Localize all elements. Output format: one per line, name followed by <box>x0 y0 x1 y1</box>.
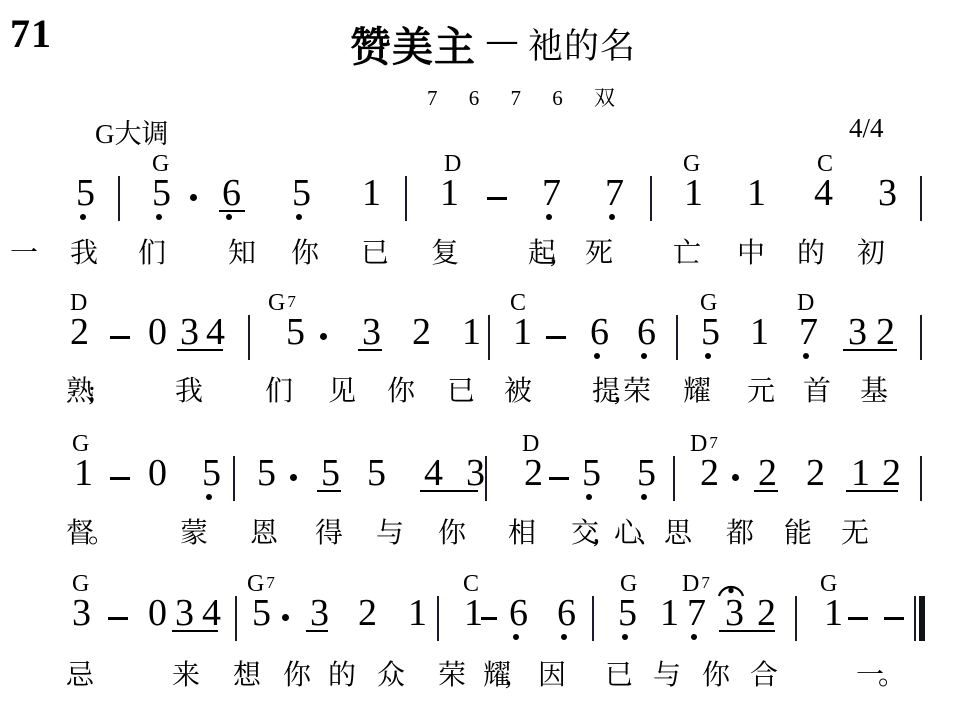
duration-dash <box>110 336 130 339</box>
note-digit: 5 <box>292 174 311 212</box>
lyric-syllable: 死 <box>585 240 613 268</box>
note-digit: 5 <box>76 174 95 212</box>
lyric-syllable: 已 <box>605 662 633 690</box>
note-digit: 0 <box>148 594 167 632</box>
note-digit: 5 <box>202 454 221 492</box>
duration-underline <box>754 490 778 492</box>
lyric-syllable: 恩 <box>250 520 278 548</box>
note-digit: 5 <box>582 454 601 492</box>
note-digit: 5 <box>637 454 656 492</box>
duration-underline <box>306 630 328 632</box>
note-digit: 2 <box>806 454 825 492</box>
octave-dot <box>622 634 628 640</box>
lyric-syllable: 熟; <box>66 378 90 406</box>
note-digit: 6 <box>637 313 656 351</box>
lyric-syllable: 蒙 <box>180 520 208 548</box>
lyric-syllable: 一 <box>10 240 38 268</box>
note-digit: 7 <box>605 174 624 212</box>
note-digit: 5 <box>252 594 271 632</box>
note-digit: 3 <box>72 594 91 632</box>
lyric-syllable: 被 <box>504 378 532 406</box>
barline <box>795 596 797 641</box>
time-signature: 4/4 <box>849 113 884 144</box>
octave-dot <box>609 214 615 220</box>
duration-dash <box>110 477 130 480</box>
note-digit: 3 <box>878 174 897 212</box>
barline <box>233 456 235 501</box>
lyric-syllable: 亡 <box>673 240 701 268</box>
barline <box>592 596 594 641</box>
chord-seventh: 7 <box>266 574 275 591</box>
note-digit: 4 <box>202 594 221 632</box>
note-digit: 6 <box>590 313 609 351</box>
augmentation-dot <box>320 333 327 340</box>
note-digit: 4 <box>206 313 225 351</box>
duration-underline <box>420 490 478 492</box>
octave-dot <box>513 634 519 640</box>
note-digit: 1 <box>750 313 769 351</box>
title-main: 赞美主 <box>350 14 476 73</box>
octave-dot <box>586 494 592 500</box>
augmentation-dot <box>290 474 297 481</box>
note-digit: 1 <box>440 174 459 212</box>
note-digit: 5 <box>286 313 305 351</box>
note-digit: 7 <box>542 174 561 212</box>
barline <box>488 315 490 360</box>
lyric-syllable: 相 <box>508 520 536 548</box>
duration-dash <box>487 197 507 200</box>
lyric-syllable: 想 <box>233 662 261 690</box>
note-digit: 5 <box>701 313 720 351</box>
note-digit: 7 <box>687 594 706 632</box>
note-digit: 1 <box>74 454 93 492</box>
chord-root: G <box>268 290 285 316</box>
note-digit: 5 <box>152 174 171 212</box>
note-digit: 4 <box>814 174 833 212</box>
augmentation-dot <box>190 194 197 201</box>
octave-dot <box>641 494 647 500</box>
note-digit: 2 <box>412 313 431 351</box>
octave-dot <box>156 214 162 220</box>
barline <box>920 315 922 360</box>
lyric-syllable: 督。 <box>66 520 110 548</box>
lyric-syllable: 基 <box>860 378 888 406</box>
lyric-syllable: 与 <box>653 662 681 690</box>
note-digit: 3 <box>725 594 744 632</box>
note-digit: 3 <box>180 313 199 351</box>
octave-dot <box>691 634 697 640</box>
octave-dot <box>296 214 302 220</box>
note-digit: 3 <box>848 313 867 351</box>
final-barline-thin <box>914 596 916 641</box>
duration-dash <box>546 336 566 339</box>
note-digit: 2 <box>70 313 89 351</box>
duration-underline <box>219 210 245 212</box>
octave-dot <box>546 214 552 220</box>
lyric-syllable: 起, <box>528 240 551 268</box>
lyric-syllable: 复 <box>431 240 459 268</box>
lyric-syllable: 都 <box>726 520 754 548</box>
note-digit: 5 <box>321 454 340 492</box>
lyric-syllable: 提, <box>592 378 615 406</box>
note-digit: 3 <box>310 594 329 632</box>
note-digit: 7 <box>799 313 818 351</box>
lyric-syllable: 交, <box>571 520 594 548</box>
lyric-syllable: 你 <box>283 662 311 690</box>
barline <box>673 456 675 501</box>
note-digit: 6 <box>557 594 576 632</box>
lyric-syllable: 的 <box>328 662 356 690</box>
octave-dot <box>594 353 600 359</box>
meter-pattern: 7 6 7 6 双 <box>427 82 628 112</box>
note-digit: 2 <box>700 454 719 492</box>
hymn-title: 赞美主 — 祂的名 <box>350 14 636 73</box>
lyric-syllable: 众 <box>377 662 405 690</box>
key-signature: G大调 <box>95 112 169 151</box>
note-digit: 2 <box>882 454 901 492</box>
chord-seventh: 7 <box>709 434 718 451</box>
lyric-syllable: 你 <box>438 520 466 548</box>
lyric-syllable: 耀, <box>483 662 506 690</box>
note-digit: 2 <box>757 594 776 632</box>
duration-dash <box>549 477 569 480</box>
chord-seventh: 7 <box>287 293 296 310</box>
lyric-syllable: 得 <box>315 520 343 548</box>
chord-seventh: 7 <box>701 574 710 591</box>
title-subtitle: 祂的名 <box>528 19 636 69</box>
lyric-syllable: 见 <box>328 378 356 406</box>
hymn-sheet-page: 71 赞美主 — 祂的名 7 6 7 6 双 G大调 4/4 GDGC55651… <box>0 0 957 723</box>
barline <box>485 456 487 501</box>
octave-dot <box>561 634 567 640</box>
note-digit: 2 <box>758 454 777 492</box>
lyric-syllable: 你 <box>702 662 730 690</box>
note-digit: 1 <box>408 594 427 632</box>
augmentation-dot <box>732 474 739 481</box>
lyric-syllable: 你 <box>291 240 319 268</box>
duration-underline <box>843 349 897 351</box>
barline <box>405 176 407 221</box>
note-digit: 5 <box>367 454 386 492</box>
lyric-syllable: 的 <box>797 240 825 268</box>
note-digit: 3 <box>362 313 381 351</box>
duration-underline <box>358 349 382 351</box>
lyric-syllable: 已 <box>361 240 389 268</box>
duration-underline <box>719 630 775 632</box>
octave-dot <box>705 353 711 359</box>
title-dash: — <box>487 24 517 58</box>
lyric-syllable: 合 <box>750 662 778 690</box>
note-digit: 3 <box>466 454 485 492</box>
lyric-syllable: 忌 <box>66 662 94 690</box>
note-digit: 0 <box>148 313 167 351</box>
note-digit: 1 <box>462 313 481 351</box>
note-digit: 6 <box>222 174 241 212</box>
lyric-syllable: 中 <box>737 240 765 268</box>
lyric-syllable: 们 <box>265 378 293 406</box>
note-digit: 6 <box>509 594 528 632</box>
lyric-syllable: 无 <box>841 520 869 548</box>
lyric-syllable: 耀 <box>683 378 711 406</box>
barline <box>920 456 922 501</box>
octave-dot <box>206 494 212 500</box>
note-digit: 2 <box>876 313 895 351</box>
barline <box>676 315 678 360</box>
duration-dash <box>884 617 904 620</box>
octave-dot <box>226 214 232 220</box>
note-digit: 1 <box>513 313 532 351</box>
note-digit: 3 <box>175 594 194 632</box>
note-digit: 1 <box>464 594 483 632</box>
note-digit: 2 <box>524 454 543 492</box>
duration-dash <box>848 617 868 620</box>
lyric-syllable: 与 <box>376 520 404 548</box>
hymn-number: 71 <box>10 10 52 57</box>
lyric-syllable: 荣 <box>623 378 651 406</box>
barline <box>118 176 120 221</box>
lyric-syllable: 因 <box>538 662 566 690</box>
augmentation-dot <box>282 614 289 621</box>
lyric-syllable: 荣 <box>438 662 466 690</box>
note-digit: 1 <box>851 454 870 492</box>
lyric-syllable: 能 <box>784 520 812 548</box>
note-digit: 1 <box>660 594 679 632</box>
note-digit: 0 <box>148 454 167 492</box>
duration-underline <box>177 349 223 351</box>
final-barline-thick <box>919 596 925 641</box>
barline <box>650 176 652 221</box>
duration-dash <box>108 617 128 620</box>
note-digit: 1 <box>362 174 381 212</box>
lyric-syllable: 来 <box>172 662 200 690</box>
lyric-syllable: 我 <box>175 378 203 406</box>
duration-dash <box>481 617 497 620</box>
lyric-syllable: 思 <box>664 520 692 548</box>
note-digit: 1 <box>747 174 766 212</box>
lyric-syllable: 们 <box>138 240 166 268</box>
lyric-syllable: 一。 <box>856 662 900 690</box>
octave-dot <box>641 353 647 359</box>
octave-dot <box>80 214 86 220</box>
lyric-syllable: 心、 <box>614 520 658 548</box>
note-digit: 1 <box>824 594 843 632</box>
barline <box>248 315 250 360</box>
barline <box>437 596 439 641</box>
note-digit: 2 <box>358 594 377 632</box>
duration-underline <box>846 490 898 492</box>
lyric-syllable: 知 <box>228 240 256 268</box>
lyric-syllable: 元 <box>747 378 775 406</box>
lyric-syllable: 首 <box>803 378 831 406</box>
lyric-syllable: 你 <box>387 378 415 406</box>
note-digit: 1 <box>684 174 703 212</box>
lyric-syllable: 已 <box>447 378 475 406</box>
duration-underline <box>317 490 341 492</box>
octave-dot <box>803 353 809 359</box>
barline <box>235 596 237 641</box>
barline <box>920 176 922 221</box>
note-digit: 5 <box>618 594 637 632</box>
lyric-syllable: 初 <box>857 240 885 268</box>
lyric-syllable: 我 <box>70 240 98 268</box>
duration-underline <box>172 630 218 632</box>
note-digit: 5 <box>257 454 276 492</box>
note-digit: 4 <box>424 454 443 492</box>
